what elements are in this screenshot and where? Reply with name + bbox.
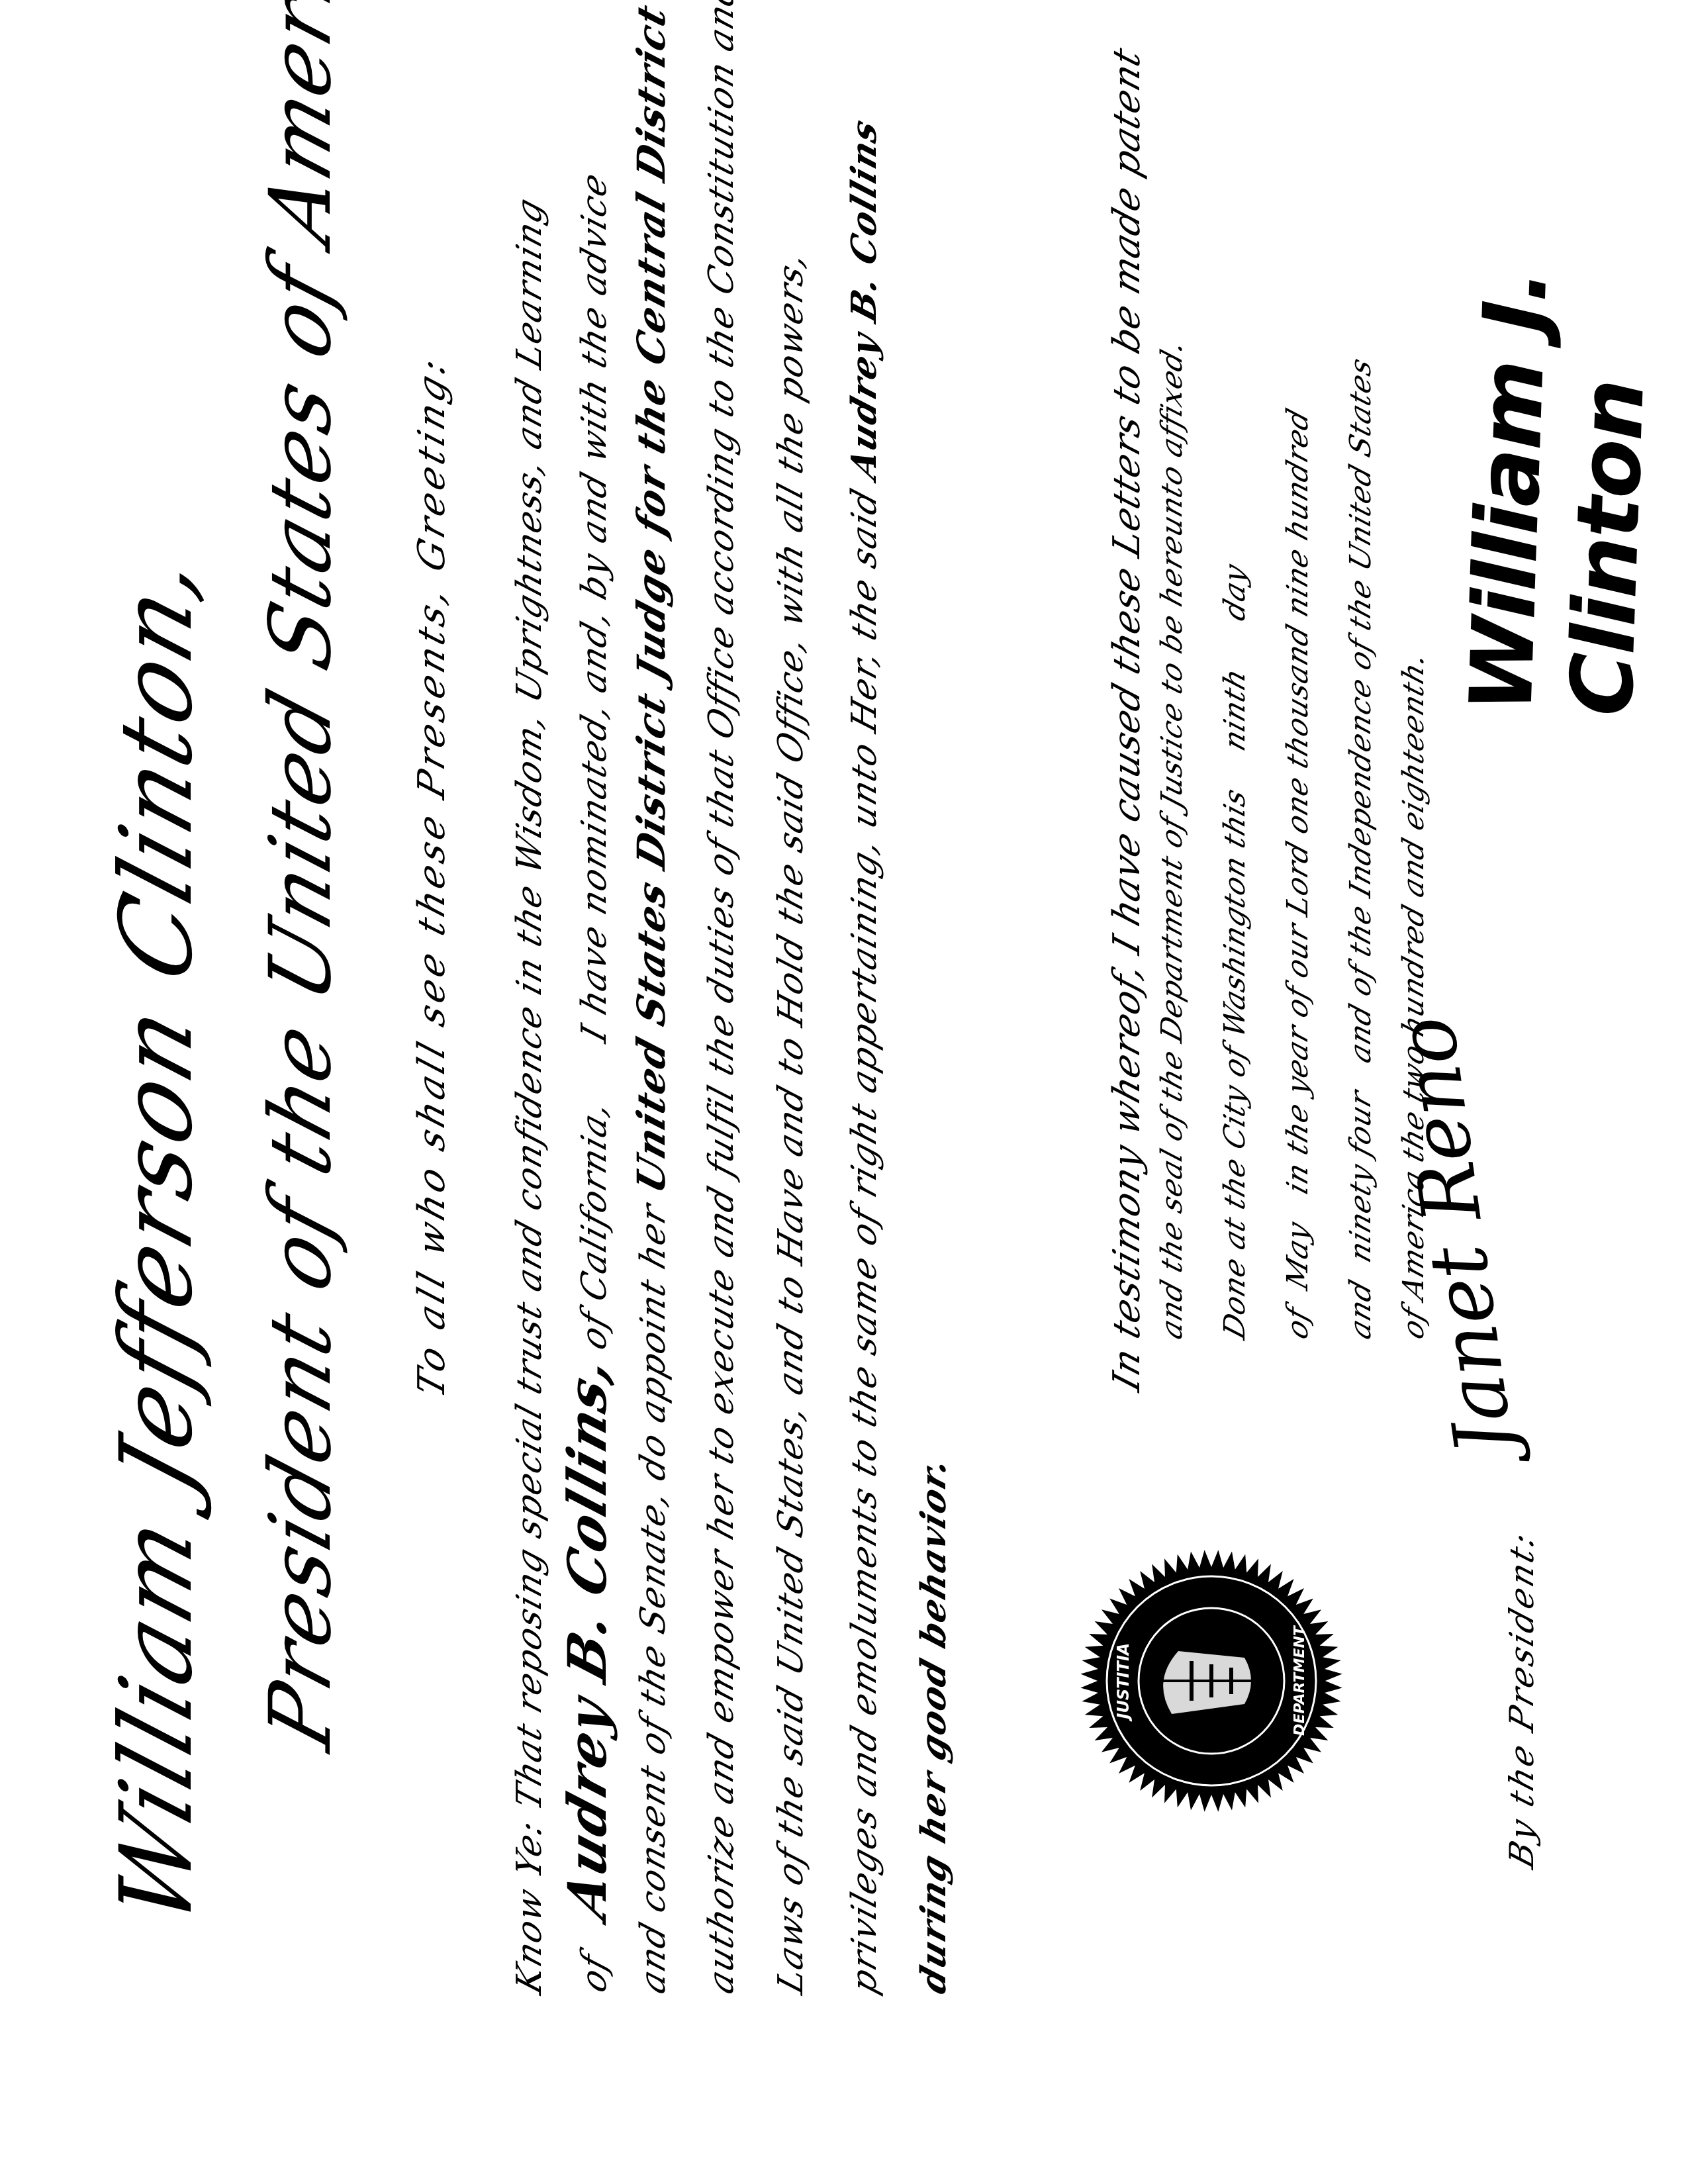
appointee-name-repeat: Audrey B. Collins xyxy=(844,113,884,484)
body-text: I have nominated, and, by and with the a… xyxy=(575,167,614,1047)
testimony-line-5: and ninety four and of the Independence … xyxy=(1344,354,1378,1343)
body-text: of xyxy=(575,1948,614,1997)
testimony-text: In testimony whereof, I have caused thes… xyxy=(1105,42,1149,1396)
president-signature: William J. Clinton xyxy=(1450,0,1676,718)
document-title: William Jefferson Clinton, xyxy=(99,537,214,1939)
svg-text:JUSTITIA: JUSTITIA xyxy=(1114,1643,1133,1722)
testimony-line-3: Done at the City of Washington this nint… xyxy=(1218,559,1252,1343)
testimony-year: ninety four xyxy=(1344,1086,1378,1266)
body-line-1: Know Ye: That reposing special trust and… xyxy=(510,192,549,1999)
body-line-2: of Audrey B. Collins, of California, I h… xyxy=(556,161,618,1999)
body-line-6: privileges and emoluments to the same of… xyxy=(844,113,884,1999)
testimony-day: ninth xyxy=(1218,663,1252,755)
body-line-5: Laws of the said United States, and to H… xyxy=(771,246,811,1999)
by-the-president-label: By the President: xyxy=(1503,1525,1541,1873)
testimony-text: and the seal of the Department of Justic… xyxy=(1155,335,1189,1343)
body-line-3: and consent of the Senate, do appoint he… xyxy=(629,0,674,1999)
body-line-7: during her good behavior. xyxy=(914,1452,954,1999)
appointed-position: United States District Judge for the Cen… xyxy=(629,0,674,1199)
department-of-justice-seal: JUSTITIA DEPARTMENT xyxy=(1079,1548,1344,1813)
testimony-text: in the year of our Lord one thousand nin… xyxy=(1281,404,1315,1198)
appointee-state: of California, xyxy=(575,1096,614,1355)
testimony-line-4: of May in the year of our Lord one thous… xyxy=(1281,404,1315,1343)
document-subtitle: President of the United States of Americ… xyxy=(252,0,350,1760)
svg-text:DEPARTMENT: DEPARTMENT xyxy=(1291,1625,1308,1736)
body-text: Laws of the said United States, and to H… xyxy=(771,246,811,1999)
body-text: Know Ye: That reposing special trust and… xyxy=(510,192,549,1999)
testimony-line-2: and the seal of the Department of Justic… xyxy=(1155,335,1189,1343)
testimony-text: of xyxy=(1281,1303,1315,1343)
greeting-line: To all who shall see these Presents, Gre… xyxy=(410,349,453,1403)
testimony-line-1: In testimony whereof, I have caused thes… xyxy=(1105,42,1149,1396)
testimony-month: May xyxy=(1281,1217,1315,1294)
testimony-text: and of the Independence of the United St… xyxy=(1344,354,1378,1067)
judicial-commission-page: William Jefferson Clinton, President of … xyxy=(0,0,1688,2184)
body-text: and consent of the Senate, do appoint he… xyxy=(633,1198,673,1999)
body-line-4: authorize and empower her to execute and… xyxy=(702,0,741,1999)
testimony-text: and xyxy=(1344,1276,1378,1343)
seal-icon: JUSTITIA DEPARTMENT xyxy=(1079,1548,1344,1813)
body-text: authorize and empower her to execute and… xyxy=(702,0,741,1999)
testimony-text: day xyxy=(1218,559,1252,625)
body-text: privileges and emoluments to the same of… xyxy=(845,483,884,1999)
appointee-name: Audrey B. Collins, xyxy=(556,1348,618,1926)
testimony-text: Done at the City of Washington this xyxy=(1218,784,1252,1343)
body-text: during her good behavior. xyxy=(914,1452,954,1999)
